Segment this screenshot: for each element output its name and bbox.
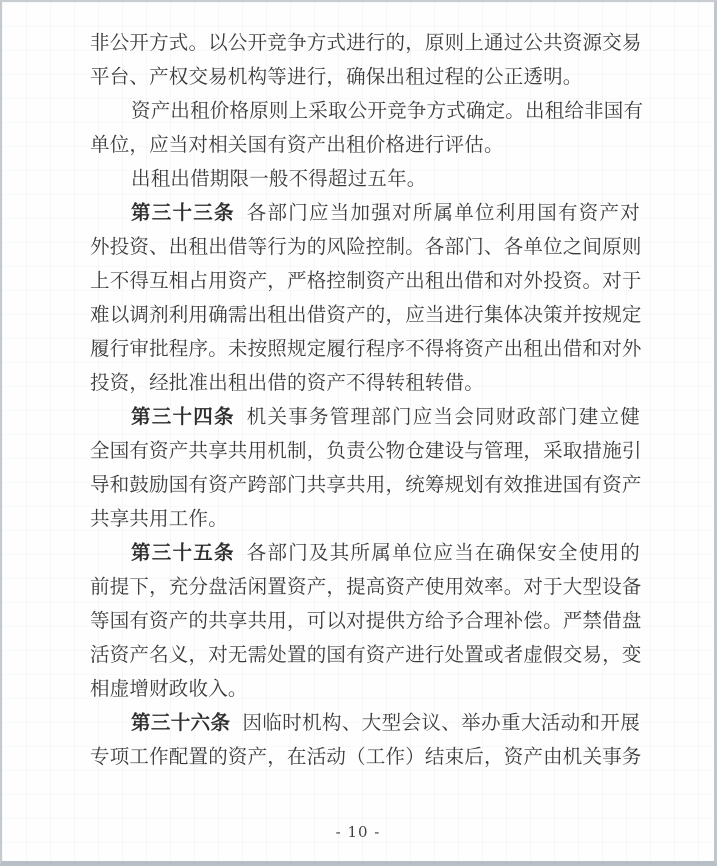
document-text-block: 非公开方式。以公开竞争方式进行的，原则上通过公共资源交易 平台、产权交易机构等进… bbox=[90, 26, 640, 774]
text-line-article-34: 第三十四条机关事务管理部门应当会同财政部门建立健 bbox=[90, 400, 640, 434]
text-line: 全国有资产共享共用机制，负责公物仓建设与管理，采取措施引 bbox=[90, 434, 640, 468]
text-line: 外投资、出租出借等行为的风险控制。各部门、各单位之间原则 bbox=[90, 230, 640, 264]
text-line: 非公开方式。以公开竞争方式进行的，原则上通过公共资源交易 bbox=[90, 26, 640, 60]
text-line: 活资产名义，对无需处置的国有资产进行处置或者虚假交易，变 bbox=[90, 638, 640, 672]
article-number: 第三十六条 bbox=[131, 711, 230, 734]
text-line: 导和鼓励国有资产跨部门共享共用，统筹规划有效推进国有资产 bbox=[90, 468, 640, 502]
article-text: 各部门及其所属单位应当在确保安全使用的 bbox=[247, 541, 640, 564]
text-line: 出租出借期限一般不得超过五年。 bbox=[90, 162, 640, 196]
text-line: 专项工作配置的资产，在活动（工作）结束后，资产由机关事务 bbox=[90, 740, 640, 774]
document-page: 非公开方式。以公开竞争方式进行的，原则上通过公共资源交易 平台、产权交易机构等进… bbox=[0, 0, 717, 866]
text-line: 上不得互相占用资产，严格控制资产出租出借和对外投资。对于 bbox=[90, 264, 640, 298]
text-line: 资产出租价格原则上采取公开竞争方式确定。出租给非国有 bbox=[90, 94, 640, 128]
article-number: 第三十三条 bbox=[131, 201, 235, 224]
article-text: 因临时机构、大型会议、举办重大活动和开展 bbox=[242, 711, 640, 734]
page-number: - 10 - bbox=[2, 823, 714, 841]
text-line: 履行审批程序。未按照规定履行程序不得将资产出租出借和对外 bbox=[90, 332, 640, 366]
article-number: 第三十五条 bbox=[131, 541, 235, 564]
article-number: 第三十四条 bbox=[131, 405, 235, 428]
text-line-article-36: 第三十六条因临时机构、大型会议、举办重大活动和开展 bbox=[90, 706, 640, 740]
article-text: 机关事务管理部门应当会同财政部门建立健 bbox=[247, 405, 640, 428]
text-line-article-33: 第三十三条各部门应当加强对所属单位利用国有资产对 bbox=[90, 196, 640, 230]
text-line: 平台、产权交易机构等进行，确保出租过程的公正透明。 bbox=[90, 60, 640, 94]
text-line: 投资，经批准出租出借的资产不得转租转借。 bbox=[90, 366, 640, 400]
text-line: 相虚增财政收入。 bbox=[90, 672, 640, 706]
text-line: 前提下，充分盘活闲置资产，提高资产使用效率。对于大型设备 bbox=[90, 570, 640, 604]
text-line: 等国有资产的共享共用，可以对提供方给予合理补偿。严禁借盘 bbox=[90, 604, 640, 638]
article-text: 各部门应当加强对所属单位利用国有资产对 bbox=[247, 201, 640, 224]
text-line: 难以调剂利用确需出租出借资产的，应当进行集体决策并按规定 bbox=[90, 298, 640, 332]
text-line: 共享共用工作。 bbox=[90, 502, 640, 536]
text-line: 单位，应当对相关国有资产出租价格进行评估。 bbox=[90, 128, 640, 162]
text-line-article-35: 第三十五条各部门及其所属单位应当在确保安全使用的 bbox=[90, 536, 640, 570]
